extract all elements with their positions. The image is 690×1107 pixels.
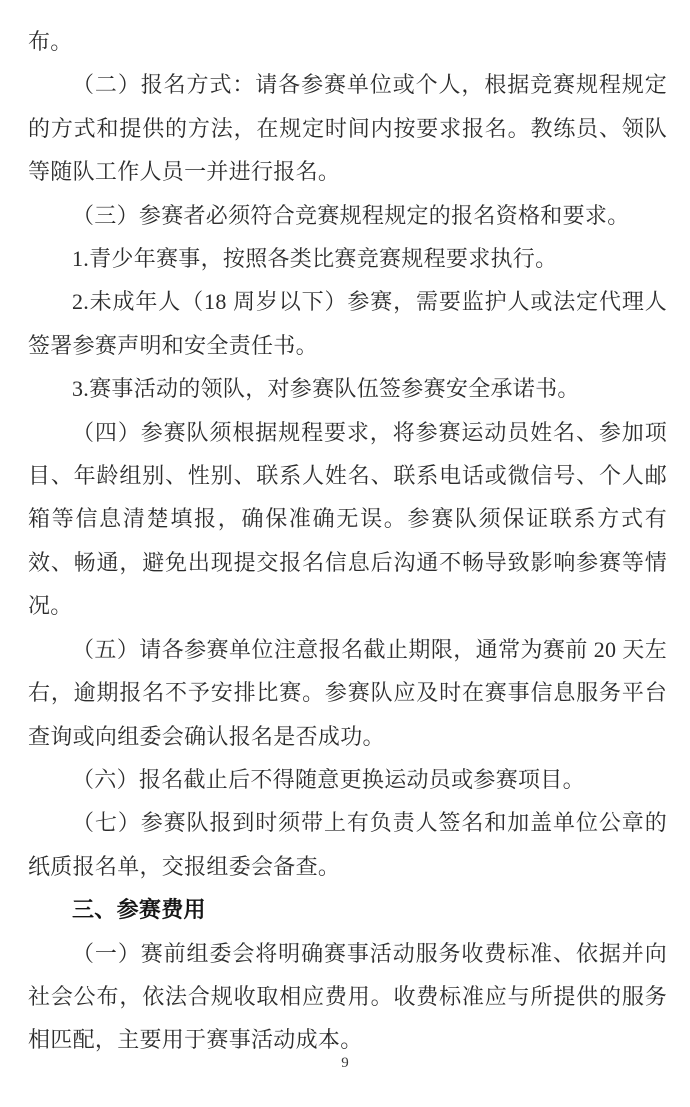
paragraph-no-change: （六）报名截止后不得随意更换运动员或参赛项目。: [28, 758, 667, 801]
paragraph-registration-method: （二）报名方式：请各参赛单位或个人，根据竞赛规程规定的方式和提供的方法，在规定时…: [28, 63, 667, 193]
paragraph-continuation: 布。: [28, 20, 667, 63]
paragraph-team-info: （四）参赛队须根据规程要求，将参赛运动员姓名、参加项目、年龄组别、性别、联系人姓…: [28, 411, 667, 628]
paragraph-deadline: （五）请各参赛单位注意报名截止期限，通常为赛前 20 天左右，逾期报名不予安排比…: [28, 628, 667, 758]
paragraph-paper-form: （七）参赛队报到时须带上有负责人签名和加盖单位公章的纸质报名单，交报组委会备查。: [28, 801, 667, 888]
list-item-3: 3.赛事活动的领队，对参赛队伍签参赛安全承诺书。: [28, 367, 667, 410]
paragraph-eligibility: （三）参赛者必须符合竞赛规程规定的报名资格和要求。: [28, 194, 667, 237]
document-page: 布。 （二）报名方式：请各参赛单位或个人，根据竞赛规程规定的方式和提供的方法，在…: [28, 20, 667, 1062]
page-number: 9: [0, 1052, 690, 1074]
list-item-2: 2.未成年人（18 周岁以下）参赛，需要监护人或法定代理人签署参赛声明和安全责任…: [28, 280, 667, 367]
paragraph-fee-standard: （一）赛前组委会将明确赛事活动服务收费标准、依据并向社会公布，依法合规收取相应费…: [28, 932, 667, 1062]
list-item-1: 1.青少年赛事，按照各类比赛竞赛规程要求执行。: [28, 237, 667, 280]
section-heading-fees: 三、参赛费用: [28, 888, 667, 931]
